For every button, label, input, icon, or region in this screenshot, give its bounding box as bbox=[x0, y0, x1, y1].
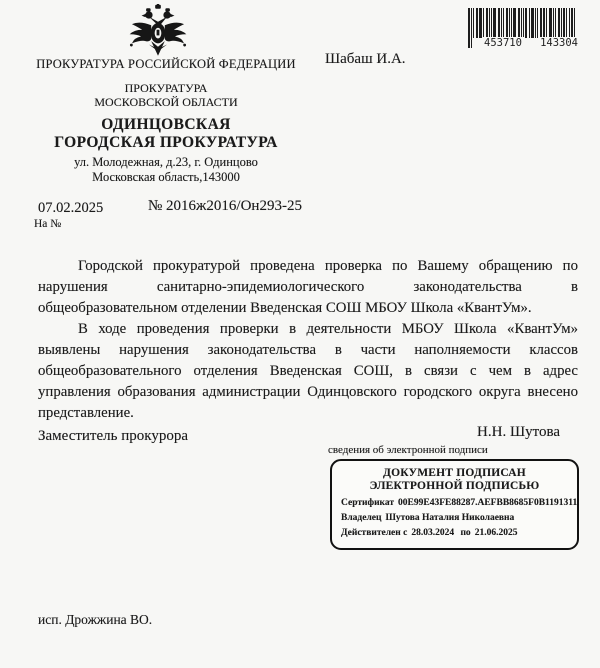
esign-owner-label: Владелец bbox=[341, 513, 381, 523]
barcode-digits: 453710 143304 bbox=[468, 37, 594, 49]
org-region-line1: ПРОКУРАТУРА bbox=[18, 81, 314, 95]
org-name-line2: ГОРОДСКАЯ ПРОКУРАТУРА bbox=[18, 134, 314, 152]
barcode-digits-right: 143304 bbox=[538, 37, 580, 49]
body-line: представление. bbox=[38, 403, 578, 424]
russian-coat-of-arms-icon bbox=[124, 4, 192, 60]
body-paragraphs: Городской прокуратурой проведена проверк… bbox=[38, 256, 578, 424]
org-address-line2: Московская область,143000 bbox=[18, 170, 314, 185]
body-line: Городской прокуратурой проведена проверк… bbox=[38, 256, 578, 277]
esign-title-line1: ДОКУМЕНТ ПОДПИСАН bbox=[341, 467, 568, 480]
org-address-line1: ул. Молодежная, д.23, г. Одинцово bbox=[18, 155, 314, 170]
executor-note: исп. Дрожжина ВО. bbox=[38, 612, 152, 628]
body-line: общеобразовательном отделении Введенская… bbox=[38, 298, 578, 319]
esign-stamp: ДОКУМЕНТ ПОДПИСАН ЭЛЕКТРОННОЙ ПОДПИСЬЮ С… bbox=[330, 459, 579, 550]
letterhead: ПРОКУРАТУРА РОССИЙСКОЙ ФЕДЕРАЦИИ ПРОКУРА… bbox=[18, 57, 314, 184]
org-address: ул. Молодежная, д.23, г. Одинцово Москов… bbox=[18, 155, 314, 184]
body-line: В ходе проведения проверки в деятельност… bbox=[38, 319, 578, 340]
esign-caption: сведения об электронной подписи bbox=[328, 444, 488, 456]
org-region: ПРОКУРАТУРА МОСКОВСКОЙ ОБЛАСТИ bbox=[18, 81, 314, 109]
document-date: 07.02.2025 bbox=[38, 200, 103, 217]
esign-owner-row: ВладелецШутова Наталия Николаевна bbox=[341, 513, 568, 524]
body-line: общеобразовательного отделения Введенска… bbox=[38, 361, 578, 382]
signer-name: Н.Н. Шутова bbox=[477, 424, 560, 441]
esign-validity-row: Действителен с28.03.2024 по21.06.2025 bbox=[341, 528, 568, 539]
org-region-line2: МОСКОВСКОЙ ОБЛАСТИ bbox=[18, 95, 314, 109]
esign-certificate-row: Сертификат00E99E43FE88287.AEFBB8685F0B11… bbox=[341, 498, 568, 509]
reply-to-label: На № bbox=[34, 218, 61, 230]
esign-validity-label: Действителен с bbox=[341, 528, 407, 538]
recipient-name: Шабаш И.А. bbox=[325, 51, 406, 68]
document-barcode: 453710 143304 bbox=[468, 8, 594, 54]
esign-owner-value: Шутова Наталия Николаевна bbox=[385, 513, 514, 523]
org-name-line1: ОДИНЦОВСКАЯ bbox=[18, 116, 314, 134]
esign-title-line2: ЭЛЕКТРОННОЙ ПОДПИСЬЮ bbox=[341, 480, 568, 493]
body-line: выявлены нарушения законодательства в ча… bbox=[38, 340, 578, 361]
body-line: нарушения санитарно-эпидемиологического … bbox=[38, 277, 578, 298]
document-number: № 2016ж2016/Он293-25 bbox=[148, 198, 302, 215]
esign-certificate-label: Сертификат bbox=[341, 498, 394, 508]
org-federation: ПРОКУРАТУРА РОССИЙСКОЙ ФЕДЕРАЦИИ bbox=[18, 57, 314, 72]
esign-valid-to: 21.06.2025 bbox=[475, 528, 518, 538]
esign-valid-from: 28.03.2024 bbox=[411, 528, 454, 538]
esign-stamp-title: ДОКУМЕНТ ПОДПИСАН ЭЛЕКТРОННОЙ ПОДПИСЬЮ bbox=[341, 467, 568, 493]
body-line: управления образования администрации Оди… bbox=[38, 382, 578, 403]
scanned-letter-page: ПРОКУРАТУРА РОССИЙСКОЙ ФЕДЕРАЦИИ ПРОКУРА… bbox=[0, 0, 600, 668]
esign-valid-to-label: по bbox=[460, 528, 470, 538]
barcode-digits-left: 453710 bbox=[482, 37, 524, 49]
signer-position: Заместитель прокурора bbox=[38, 428, 188, 445]
esign-certificate-value: 00E99E43FE88287.AEFBB8685F0B1191311 bbox=[398, 498, 577, 508]
org-name: ОДИНЦОВСКАЯ ГОРОДСКАЯ ПРОКУРАТУРА bbox=[18, 116, 314, 151]
